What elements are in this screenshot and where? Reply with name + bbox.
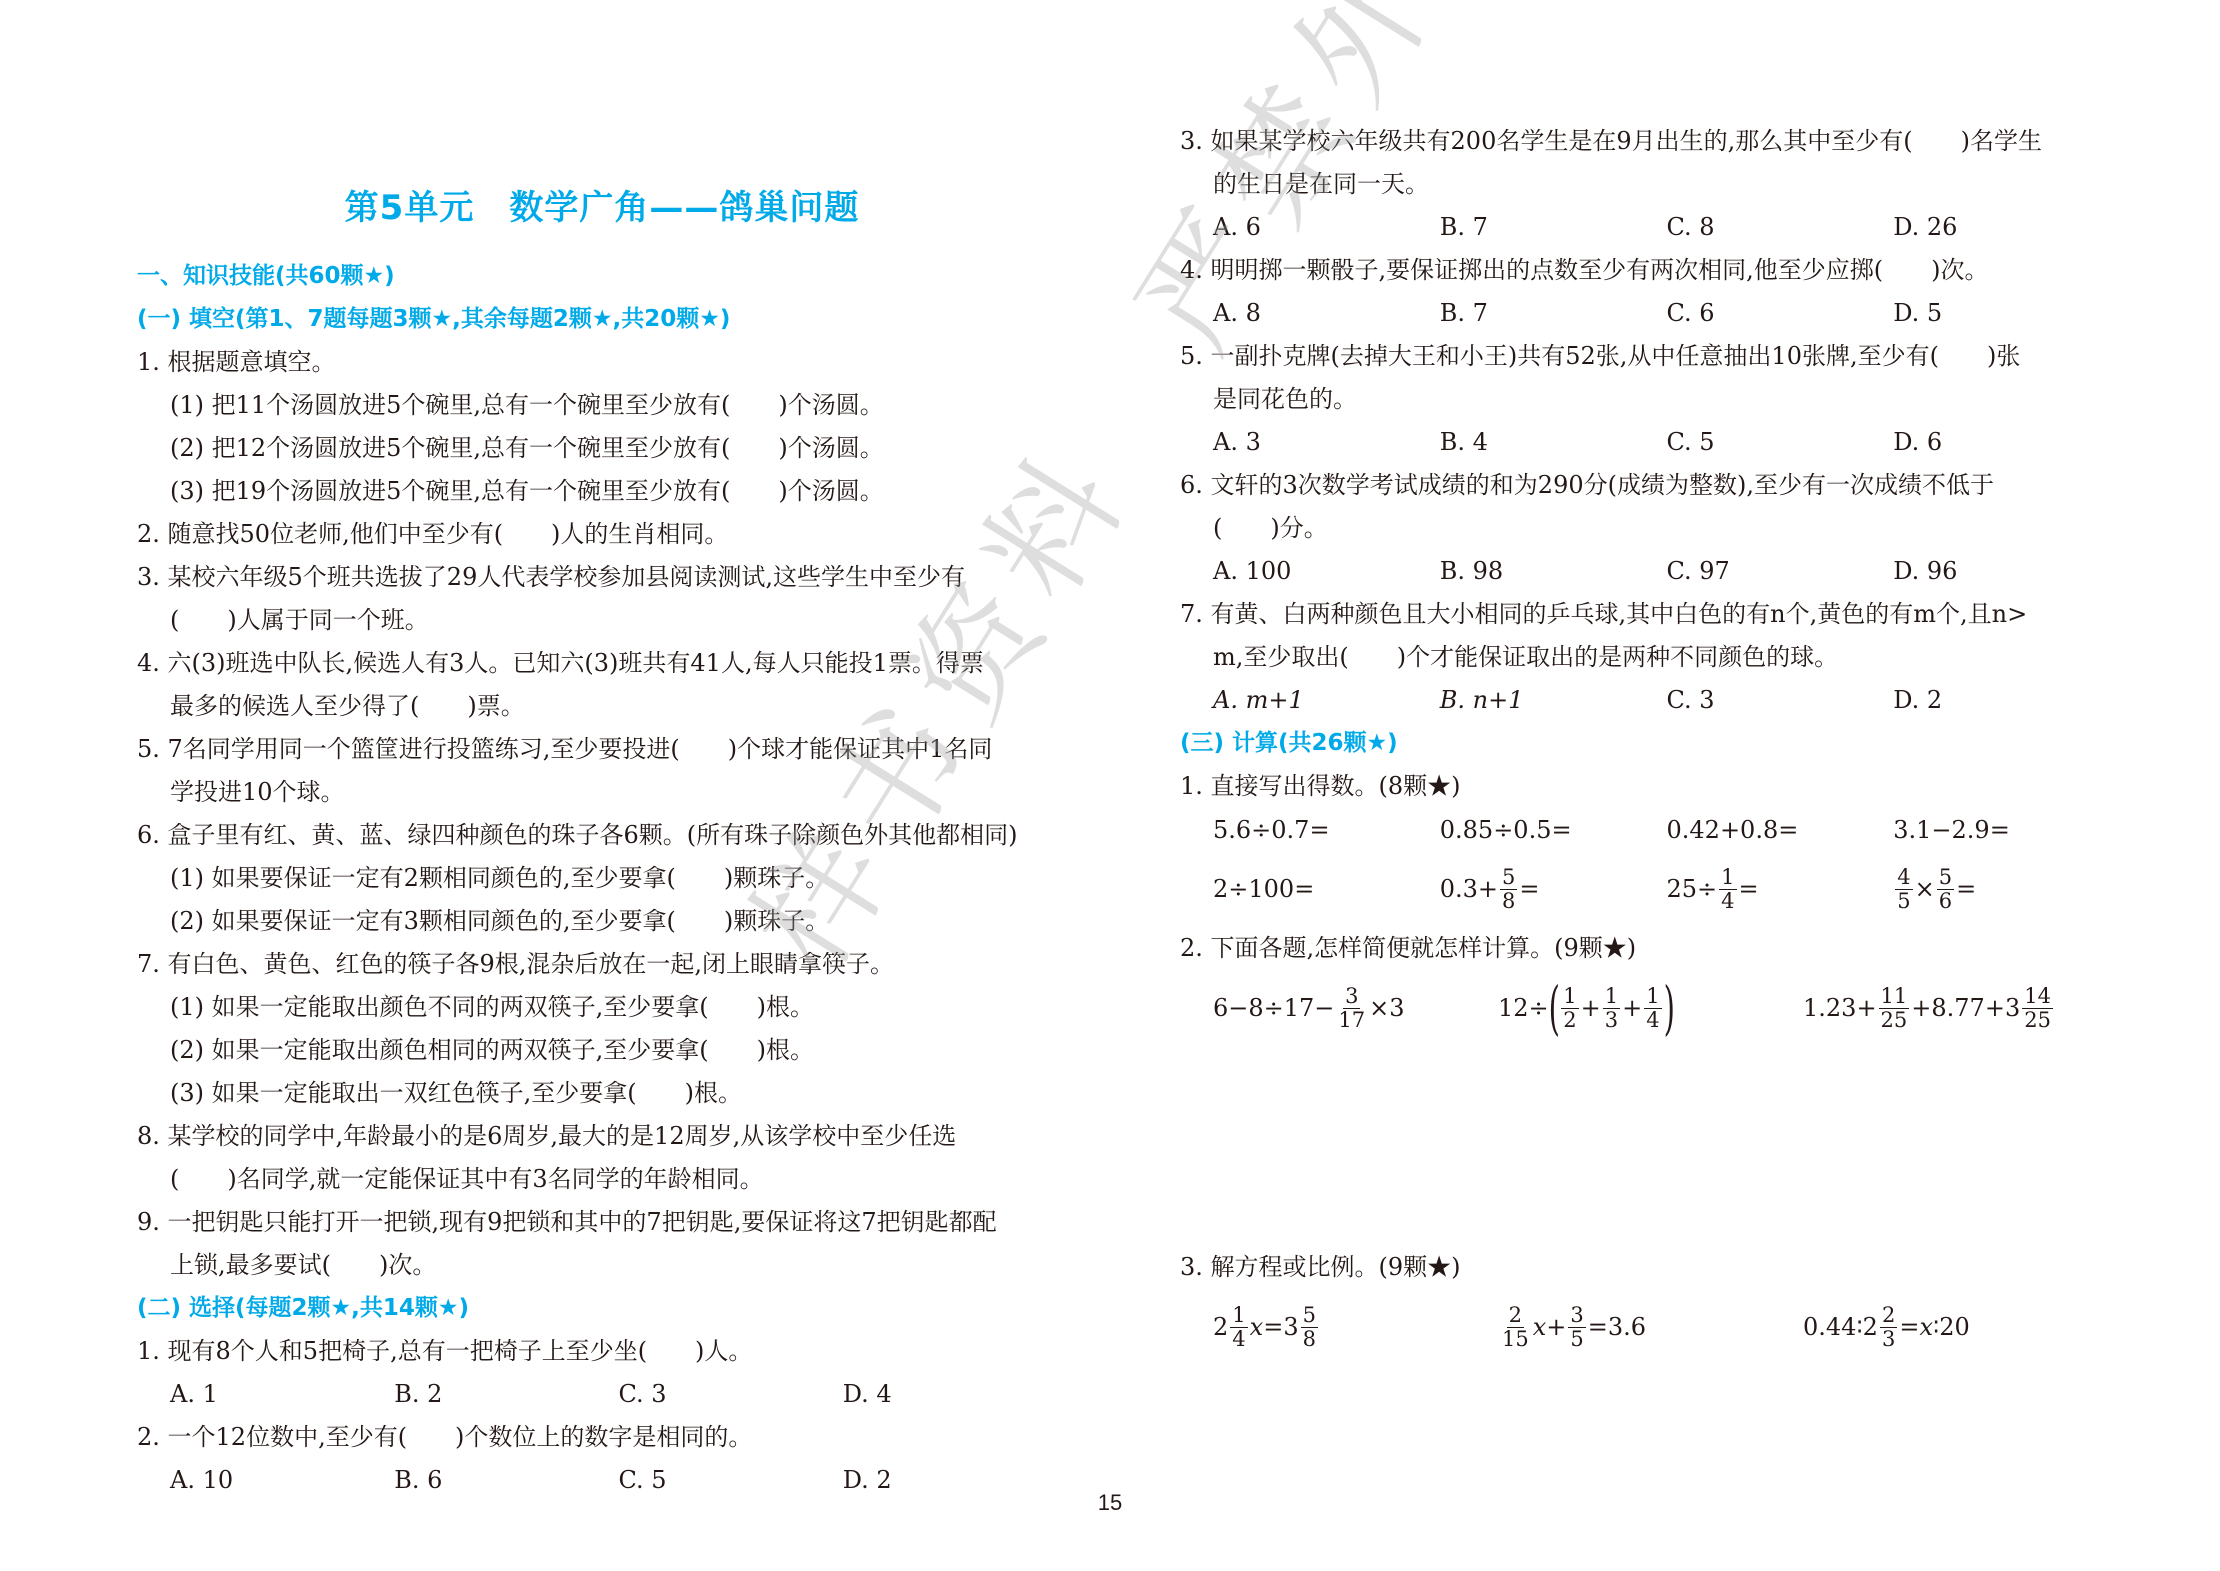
expr-text: 2 (1213, 1313, 1228, 1341)
fill-q6-sub1: (1) 如果要保证一定有2颗相同颜色的,至少要拿( )颗珠子。 (137, 857, 1067, 900)
fraction: 58 (1500, 866, 1517, 911)
expr-text: + (1581, 994, 1601, 1022)
calc3-item-c: 0.44∶2 23 = x ∶20 (1803, 1304, 1970, 1349)
option-d: D. 5 (1893, 292, 2120, 335)
calc2-row: 6−8÷17− 317 ×3 12÷ ( 12 + 13 + 14 ) 1.23… (1180, 970, 2120, 1046)
fraction: 14 (1230, 1304, 1247, 1349)
left-column: 一、知识技能(共60颗★) (一) 填空(第1、7题每题3颗★,其余每题2颗★,… (137, 255, 1067, 1502)
option-a: A. 3 (1213, 421, 1440, 464)
option-b: B. 7 (1440, 292, 1667, 335)
choice-q2-stem: 2. 一个12位数中,至少有( )个数位上的数字是相同的。 (137, 1416, 1067, 1459)
right-paren: ) (1663, 979, 1674, 1037)
choice-q7-options: A. m+1 B. n+1 C. 3 D. 2 (1180, 679, 2120, 722)
fill-q7-sub2: (2) 如果一定能取出颜色相同的两双筷子,至少要拿( )根。 (137, 1029, 1067, 1072)
choice-q5-line2: 是同花色的。 (1180, 378, 2120, 421)
fill-q7-sub1: (1) 如果一定能取出颜色不同的两双筷子,至少要拿( )根。 (137, 986, 1067, 1029)
calc2-item-b: 12÷ ( 12 + 13 + 14 ) (1498, 979, 1803, 1037)
option-c: C. 3 (619, 1373, 843, 1416)
calc-heading: (三) 计算(共26颗★) (1180, 722, 2120, 765)
expr-text: = (1739, 875, 1759, 903)
calc1-stem: 1. 直接写出得数。(8颗★) (1180, 765, 2120, 808)
choice-q3-options: A. 6 B. 7 C. 8 D. 26 (1180, 206, 2120, 249)
option-a: A. 1 (170, 1373, 394, 1416)
fill-q3-line2: ( )人属于同一个班。 (137, 599, 1067, 642)
fill-q1-stem: 1. 根据题意填空。 (137, 341, 1067, 384)
option-c: C. 3 (1667, 679, 1894, 722)
choice-q1-options: A. 1 B. 2 C. 3 D. 4 (137, 1373, 1067, 1416)
option-a: A. 100 (1213, 550, 1440, 593)
expr-text: 12÷ (1498, 994, 1549, 1022)
calc1-item: 0.42+0.8= (1667, 816, 1894, 844)
choice-q3-line1: 3. 如果某学校六年级共有200名学生是在9月出生的,那么其中至少有( )名学生 (1180, 120, 2120, 163)
option-b: B. 7 (1440, 206, 1667, 249)
option-c: C. 5 (1667, 421, 1894, 464)
expr-text: 0.3+ (1440, 875, 1498, 903)
calc1-row1: 5.6÷0.7= 0.85÷0.5= 0.42+0.8= 3.1−2.9= (1180, 808, 2120, 851)
option-c: C. 97 (1667, 550, 1894, 593)
choice-q6-options: A. 100 B. 98 C. 97 D. 96 (1180, 550, 2120, 593)
expr-text: ×3 (1369, 994, 1404, 1022)
variable-x: x (1250, 1313, 1264, 1341)
expr-text: 6−8÷17− (1213, 994, 1334, 1022)
fill-q3-line1: 3. 某校六年级5个班共选拔了29人代表学校参加县阅读测试,这些学生中至少有 (137, 556, 1067, 599)
option-b: B. 4 (1440, 421, 1667, 464)
expr-text: × (1915, 875, 1935, 903)
option-d: D. 6 (1893, 421, 2120, 464)
calc3-item-b: 215 x + 35 =3.6 (1498, 1304, 1803, 1349)
calc3-stem: 3. 解方程或比例。(9颗★) (1180, 1246, 2120, 1289)
expr-text: + (1622, 994, 1642, 1022)
variable-x: x (1919, 1313, 1933, 1341)
calc1-item: 25÷ 14 = (1667, 866, 1894, 911)
choice-q5-options: A. 3 B. 4 C. 5 D. 6 (1180, 421, 2120, 464)
choice-q1-stem: 1. 现有8个人和5把椅子,总有一把椅子上至少坐( )人。 (137, 1330, 1067, 1373)
expr-text: 1.23+ (1803, 994, 1877, 1022)
calc2-stem: 2. 下面各题,怎样简便就怎样计算。(9颗★) (1180, 927, 2120, 970)
fill-q6-stem: 6. 盒子里有红、黄、蓝、绿四种颜色的珠子各6颗。(所有珠子除颜色外其他都相同) (137, 814, 1067, 857)
fraction: 14 (1644, 985, 1661, 1030)
fill-blank-heading: (一) 填空(第1、7题每题3颗★,其余每题2颗★,共20颗★) (137, 298, 1067, 341)
fraction: 13 (1603, 985, 1620, 1030)
expr-text: = (1899, 1313, 1919, 1341)
calc1-item: 3.1−2.9= (1893, 816, 2120, 844)
option-d: D. 2 (1893, 679, 2120, 722)
variable-x: x (1533, 1313, 1547, 1341)
fraction: 1125 (1879, 985, 1910, 1030)
fill-q1-sub2: (2) 把12个汤圆放进5个碗里,总有一个碗里至少放有( )个汤圆。 (137, 427, 1067, 470)
calc2-item-a: 6−8÷17− 317 ×3 (1213, 985, 1498, 1030)
part1-heading: 一、知识技能(共60颗★) (137, 255, 1067, 298)
fraction: 58 (1301, 1304, 1318, 1349)
option-d: D. 4 (843, 1373, 1067, 1416)
expr-text: +8.77+3 (1911, 994, 2020, 1022)
worksheet-page: 第5单元 数学广角——鸽巢问题 一、知识技能(共60颗★) (一) 填空(第1、… (0, 0, 2220, 1571)
choice-q6-line1: 6. 文轩的3次数学考试成绩的和为290分(成绩为整数),至少有一次成绩不低于 (1180, 464, 2120, 507)
fraction: 1425 (2022, 985, 2053, 1030)
calc1-item: 0.3+ 58 = (1440, 866, 1667, 911)
expr-text: + (1546, 1313, 1566, 1341)
fraction: 56 (1937, 866, 1954, 911)
fraction: 317 (1336, 985, 1367, 1030)
fraction: 14 (1719, 866, 1736, 911)
fill-q5-line1: 5. 7名同学用同一个篮筐进行投篮练习,至少要投进( )个球才能保证其中1名同 (137, 728, 1067, 771)
expr-text: 0.44∶2 (1803, 1313, 1878, 1341)
fill-q7-sub3: (3) 如果一定能取出一双红色筷子,至少要拿( )根。 (137, 1072, 1067, 1115)
right-column: 3. 如果某学校六年级共有200名学生是在9月出生的,那么其中至少有( )名学生… (1180, 120, 2120, 1365)
calc1-item: 45 × 56 = (1893, 866, 2120, 911)
unit-title: 第5单元 数学广角——鸽巢问题 (137, 180, 1067, 229)
option-a: A. m+1 (1213, 679, 1440, 722)
fill-q9-line1: 9. 一把钥匙只能打开一把锁,现有9把锁和其中的7把钥匙,要保证将这7把钥匙都配 (137, 1201, 1067, 1244)
fill-q4-line2: 最多的候选人至少得了( )票。 (137, 685, 1067, 728)
calc1-row2: 2÷100= 0.3+ 58 = 25÷ 14 = 45 × 56 = (1180, 851, 2120, 927)
calc1-item: 5.6÷0.7= (1213, 816, 1440, 844)
choice-heading: (二) 选择(每题2颗★,共14颗★) (137, 1287, 1067, 1330)
expr-text: 25÷ (1667, 875, 1718, 903)
fraction: 12 (1561, 985, 1578, 1030)
fill-q8-line2: ( )名同学,就一定能保证其中有3名同学的年龄相同。 (137, 1158, 1067, 1201)
option-c: C. 6 (1667, 292, 1894, 335)
expr-text: ∶20 (1933, 1313, 1970, 1341)
calc3-row: 2 14 x =3 58 215 x + 35 =3.6 0.44∶2 23 =… (1180, 1289, 2120, 1365)
expr-text: = (1956, 875, 1976, 903)
calc1-item: 0.85÷0.5= (1440, 816, 1667, 844)
fraction: 23 (1880, 1304, 1897, 1349)
fill-q7-stem: 7. 有白色、黄色、红色的筷子各9根,混杂后放在一起,闭上眼睛拿筷子。 (137, 943, 1067, 986)
choice-q3-line2: 的生日是在同一天。 (1180, 163, 2120, 206)
option-b: B. 98 (1440, 550, 1667, 593)
calc2-item-c: 1.23+ 1125 +8.77+3 1425 (1803, 985, 2055, 1030)
left-paren: ( (1548, 979, 1559, 1037)
fraction: 45 (1895, 866, 1912, 911)
option-a: A. 6 (1213, 206, 1440, 249)
work-space (1180, 1046, 2120, 1246)
choice-q5-line1: 5. 一副扑克牌(去掉大王和小王)共有52张,从中任意抽出10张牌,至少有( )… (1180, 335, 2120, 378)
option-d: D. 26 (1893, 206, 2120, 249)
fraction: 35 (1568, 1304, 1585, 1349)
fill-q1-sub1: (1) 把11个汤圆放进5个碗里,总有一个碗里至少放有( )个汤圆。 (137, 384, 1067, 427)
fraction: 215 (1500, 1304, 1531, 1349)
choice-q4-options: A. 8 B. 7 C. 6 D. 5 (1180, 292, 2120, 335)
option-a: A. 8 (1213, 292, 1440, 335)
fill-q8-line1: 8. 某学校的同学中,年龄最小的是6周岁,最大的是12周岁,从该学校中至少任选 (137, 1115, 1067, 1158)
choice-q7-line2: m,至少取出( )个才能保证取出的是两种不同颜色的球。 (1180, 636, 2120, 679)
fill-q4-line1: 4. 六(3)班选中队长,候选人有3人。已知六(3)班共有41人,每人只能投1票… (137, 642, 1067, 685)
choice-q4-line1: 4. 明明掷一颗骰子,要保证掷出的点数至少有两次相同,他至少应掷( )次。 (1180, 249, 2120, 292)
option-b: B. n+1 (1440, 679, 1667, 722)
fill-q9-line2: 上锁,最多要试( )次。 (137, 1244, 1067, 1287)
choice-q6-line2: ( )分。 (1180, 507, 2120, 550)
option-c: C. 8 (1667, 206, 1894, 249)
calc3-item-a: 2 14 x =3 58 (1213, 1304, 1498, 1349)
expr-text: =3.6 (1588, 1313, 1646, 1341)
calc1-item: 2÷100= (1213, 875, 1440, 903)
option-b: B. 2 (394, 1373, 618, 1416)
fill-q5-line2: 学投进10个球。 (137, 771, 1067, 814)
expr-text: =3 (1263, 1313, 1298, 1341)
expr-text: = (1519, 875, 1539, 903)
page-number: 15 (0, 1490, 2220, 1516)
fill-q1-sub3: (3) 把19个汤圆放进5个碗里,总有一个碗里至少放有( )个汤圆。 (137, 470, 1067, 513)
choice-q7-line1: 7. 有黄、白两种颜色且大小相同的乒乓球,其中白色的有n个,黄色的有m个,且n> (1180, 593, 2120, 636)
fill-q6-sub2: (2) 如果要保证一定有3颗相同颜色的,至少要拿( )颗珠子。 (137, 900, 1067, 943)
option-d: D. 96 (1893, 550, 2120, 593)
fill-q2: 2. 随意找50位老师,他们中至少有( )人的生肖相同。 (137, 513, 1067, 556)
